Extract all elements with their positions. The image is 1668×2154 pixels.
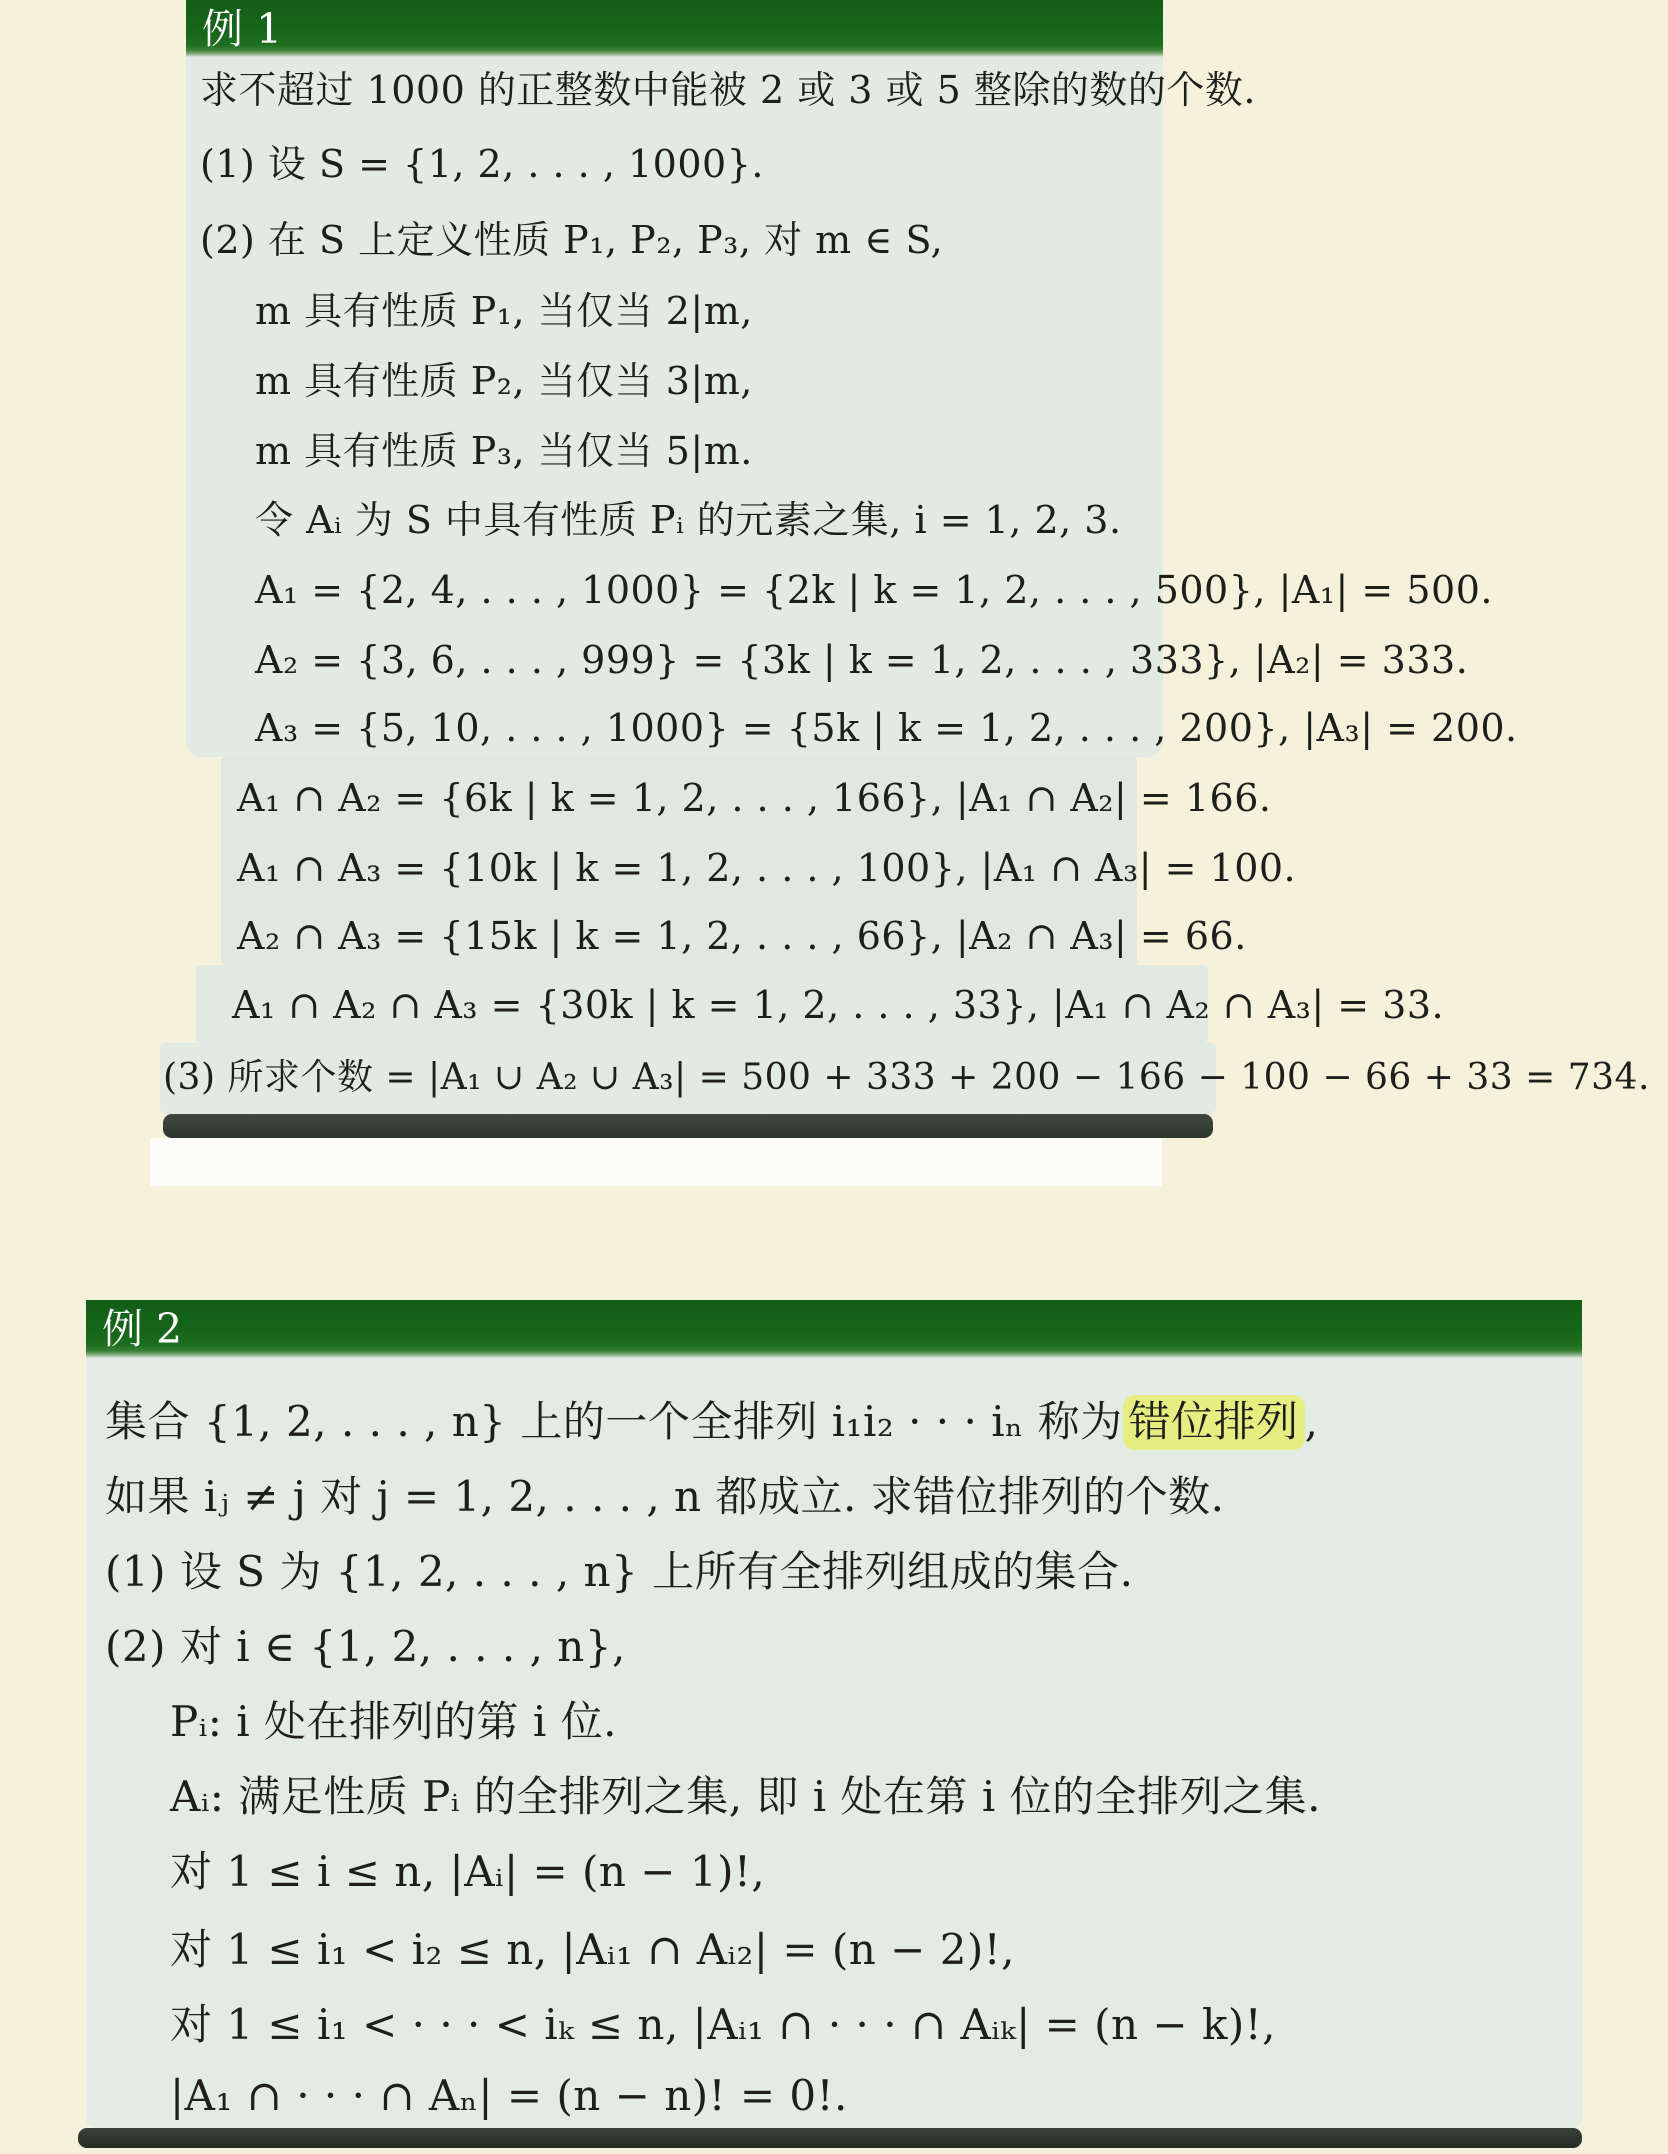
- derangement-term-highlight: 错位排列: [1123, 1395, 1305, 1450]
- example-1-line: 求不超过 1000 的正整数中能被 2 或 3 或 5 整除的数的个数.: [200, 62, 1256, 118]
- example-1-line: A₁ ∩ A₃ = {10k | k = 1, 2, . . . , 100},…: [237, 840, 1296, 896]
- example-2-header: 例 2: [86, 1300, 1582, 1358]
- example-1-bottom-shadow: [163, 1114, 1213, 1138]
- example-1-line: A₂ = {3, 6, . . . , 999} = {3k | k = 1, …: [255, 632, 1468, 688]
- example-2-line: 对 1 ≤ i₁ < · · · < iₖ ≤ n, |Aᵢ₁ ∩ · · · …: [170, 1995, 1276, 2055]
- slide-notes-page: { "page": { "background_color": "#f6f1da…: [0, 0, 1668, 2154]
- example-1-line: m 具有性质 P₂, 当仅当 3|m,: [255, 353, 753, 409]
- example-1-line: A₁ ∩ A₂ ∩ A₃ = {30k | k = 1, 2, . . . , …: [232, 977, 1444, 1033]
- example-1-line: (2) 在 S 上定义性质 P₁, P₂, P₃, 对 m ∈ S,: [200, 212, 943, 268]
- example-1-line: A₃ = {5, 10, . . . , 1000} = {5k | k = 1…: [255, 700, 1518, 756]
- example-1-line: 令 Aᵢ 为 S 中具有性质 Pᵢ 的元素之集, i = 1, 2, 3.: [255, 492, 1122, 548]
- example-1-line: (3) 所求个数 = |A₁ ∪ A₂ ∪ A₃| = 500 + 333 + …: [163, 1050, 1650, 1106]
- derangement-sentence-post: ,: [1305, 1397, 1319, 1446]
- example-2-line: (2) 对 i ∈ {1, 2, . . . , n},: [105, 1617, 626, 1677]
- example-2-line: 对 1 ≤ i ≤ n, |Aᵢ| = (n − 1)!,: [170, 1842, 765, 1902]
- example-2-line: (1) 设 S 为 {1, 2, . . . , n} 上所有全排列组成的集合.: [105, 1542, 1134, 1602]
- example-1-title: 例 1: [202, 5, 282, 53]
- example-1-line: A₁ = {2, 4, . . . , 1000} = {2k | k = 1,…: [255, 562, 1493, 618]
- example-2-line: Aᵢ: 满足性质 Pᵢ 的全排列之集, 即 i 处在第 i 位的全排列之集.: [170, 1767, 1321, 1827]
- example-1-header: 例 1: [186, 0, 1163, 57]
- example-2-line: 集合 {1, 2, . . . , n} 上的一个全排列 i₁i₂ · · · …: [105, 1392, 1319, 1452]
- example-1-line: A₁ ∩ A₂ = {6k | k = 1, 2, . . . , 166}, …: [237, 770, 1271, 826]
- example-1-line: A₂ ∩ A₃ = {15k | k = 1, 2, . . . , 66}, …: [237, 908, 1247, 964]
- example-1-white-strip: [150, 1138, 1162, 1186]
- example-2-line: Pᵢ: i 处在排列的第 i 位.: [170, 1692, 617, 1752]
- example-1-line: (1) 设 S = {1, 2, . . . , 1000}.: [200, 136, 764, 192]
- derangement-sentence-pre: 集合 {1, 2, . . . , n} 上的一个全排列 i₁i₂ · · · …: [105, 1397, 1123, 1446]
- example-2-line: 对 1 ≤ i₁ < i₂ ≤ n, |Aᵢ₁ ∩ Aᵢ₂| = (n − 2)…: [170, 1920, 1015, 1980]
- example-2-bottom-shadow: [78, 2128, 1582, 2148]
- example-2-line: |A₁ ∩ · · · ∩ Aₙ| = (n − n)! = 0!.: [170, 2066, 848, 2126]
- example-2-line: 如果 iⱼ ≠ j 对 j = 1, 2, . . . , n 都成立. 求错位…: [105, 1467, 1225, 1527]
- example-2-title: 例 2: [102, 1305, 182, 1353]
- example-1-line: m 具有性质 P₁, 当仅当 2|m,: [255, 283, 753, 339]
- example-1-line: m 具有性质 P₃, 当仅当 5|m.: [255, 423, 753, 479]
